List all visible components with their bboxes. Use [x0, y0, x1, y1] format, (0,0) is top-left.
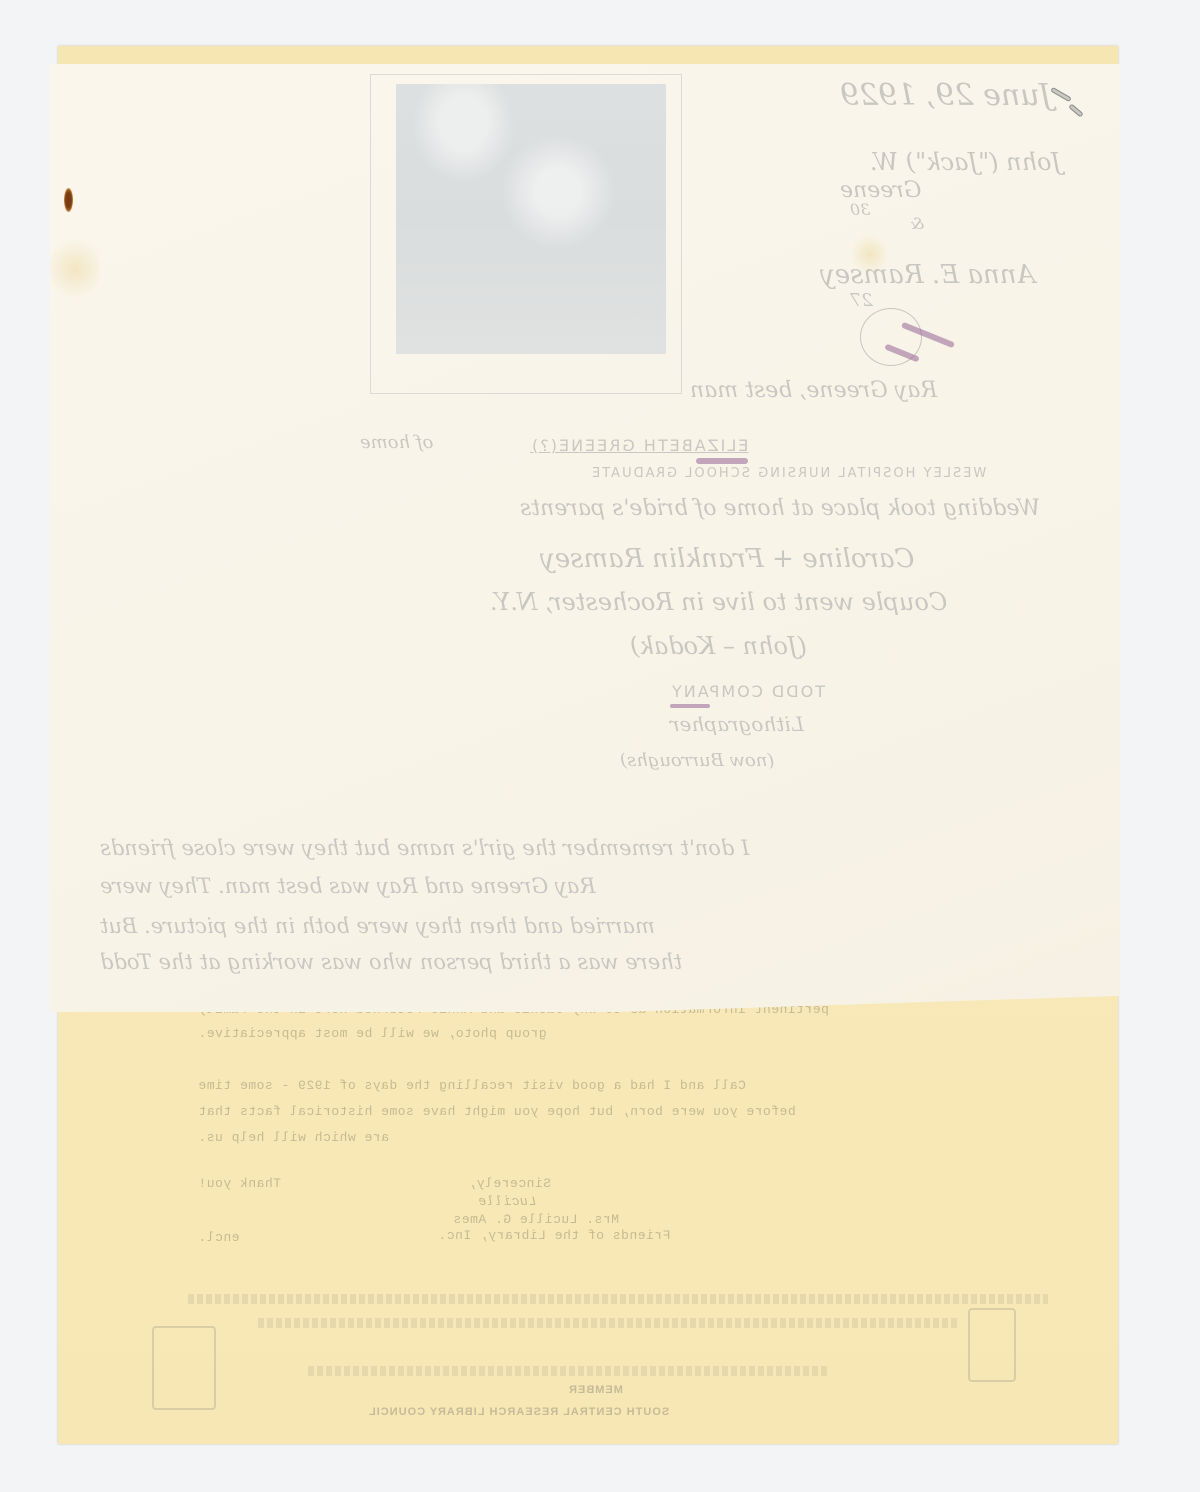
- note-line-9: (now Burroughs): [620, 750, 774, 771]
- note-paragraph-line: married and then they were both in the p…: [100, 914, 655, 938]
- note-line-1: of home: [360, 432, 433, 453]
- note-line-6: (John – Kodak): [630, 632, 807, 660]
- note-line-1-name: ELIZABETH GREENE(?): [530, 436, 748, 455]
- typed-line: Call and I had a good visit recalling th…: [198, 1078, 746, 1093]
- typed-line: group photo, we will be most appreciativ…: [198, 1026, 547, 1041]
- footer-org: SOUTH CENTRAL RESEARCH LIBRARY COUNCIL: [368, 1406, 669, 1418]
- note-paragraph-line: there was a third person who was working…: [100, 950, 682, 974]
- enclosure-note: encl.: [198, 1230, 240, 1245]
- note-line-8: Lithographer: [670, 712, 804, 736]
- signer-title: Friends of the Library, Inc.: [438, 1228, 670, 1243]
- water-stain: [850, 234, 890, 274]
- letterhead-rule: [258, 1318, 958, 1328]
- note-groom-age: 30: [850, 200, 870, 219]
- note-paragraph-line: I don't remember the girl's name but the…: [100, 836, 749, 860]
- note-line-2: WESLEY HOSPITAL NURSING SCHOOL GRADUATE: [590, 466, 986, 481]
- typed-line: before you were born, but hope you might…: [198, 1104, 796, 1119]
- water-stain: [50, 234, 100, 304]
- rust-spot: [64, 188, 73, 212]
- purple-underline: [696, 458, 748, 464]
- note-line-7: TODD COMPANY: [670, 682, 825, 701]
- note-line-3: Wedding took place at home of bride's pa…: [520, 496, 1040, 521]
- closing-right: Sincerely,: [468, 1176, 551, 1191]
- note-best-man: Ray Greene, best man: [690, 378, 937, 403]
- typed-line: are which will help us.: [198, 1130, 389, 1145]
- signer-name: Mrs. Lucille G. Ames: [453, 1212, 619, 1227]
- footer-member-label: MEMBER: [568, 1384, 623, 1396]
- note-line-4: Caroline + Franklin Ramsey: [540, 544, 914, 574]
- note-line-5: Couple went to live in Rochester, N.Y.: [490, 588, 947, 616]
- letterhead-rule: [188, 1294, 1048, 1304]
- closing-left: Thank you!: [198, 1176, 281, 1191]
- note-paragraph-line: Ray Greene and Ray was best man. They we…: [100, 874, 596, 898]
- letterhead-rule: [308, 1366, 828, 1376]
- white-photo-sheet: June 29, 1929 John ("Jack") W. Greene 30…: [50, 64, 1120, 1012]
- purple-underline: [670, 704, 710, 708]
- wedding-photo: [396, 84, 666, 354]
- library-logo-icon: [968, 1308, 1016, 1382]
- note-bride-age: 27: [850, 290, 873, 311]
- note-ampersand: &: [910, 214, 924, 233]
- note-groom: John ("Jack") W.: [870, 148, 1061, 176]
- signature: Lucille: [478, 1194, 536, 1209]
- note-date: June 29, 1929: [840, 78, 1052, 113]
- library-logo-icon: [152, 1326, 216, 1410]
